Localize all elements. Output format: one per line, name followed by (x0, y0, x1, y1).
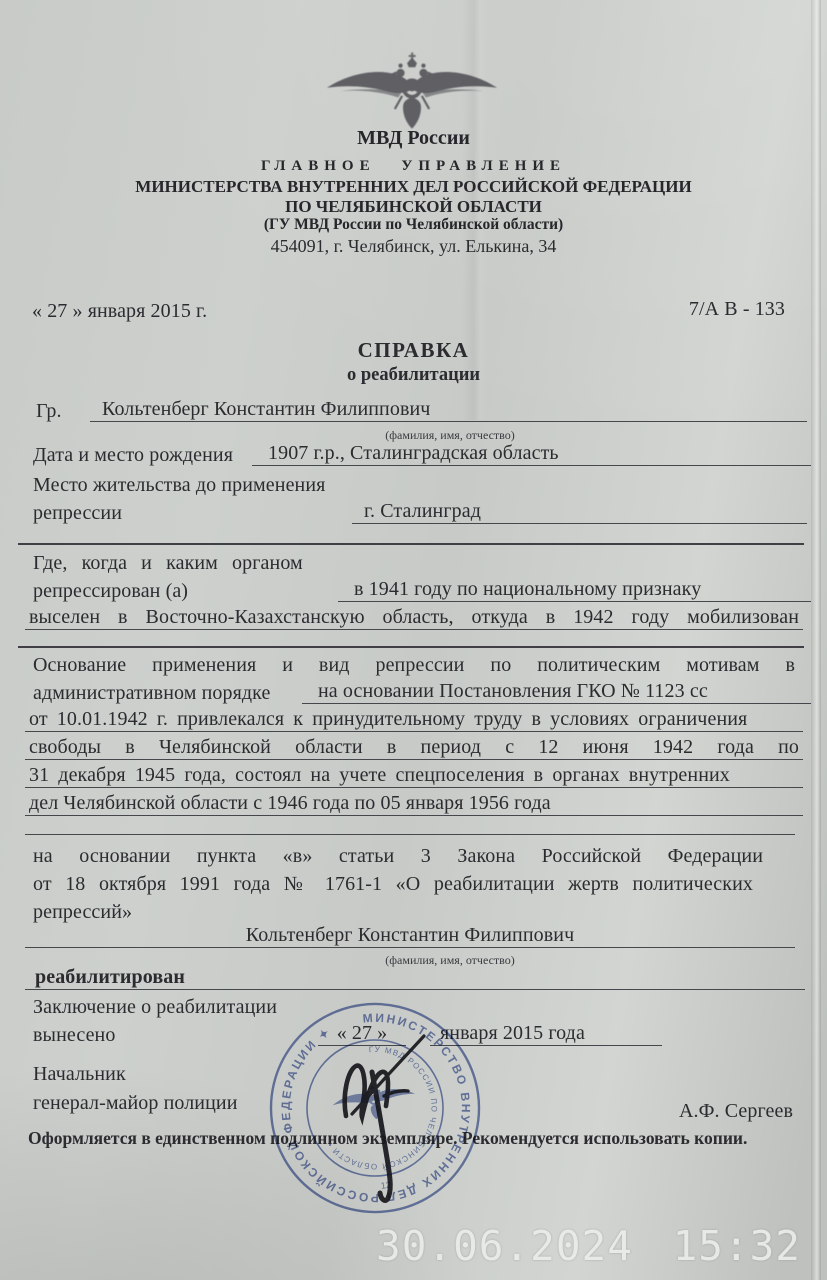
conclusion-label-line2: вынесено (33, 1024, 115, 1047)
camera-timestamp: 30.06.2024 15:32 (376, 1222, 801, 1270)
birth-label: Дата и место рождения (33, 444, 233, 467)
birth-value: 1907 г.р., Сталинградская область (252, 442, 811, 466)
org-line-region: ПО ЧЕЛЯБИНСКОЙ ОБЛАСТИ (0, 197, 827, 217)
stamp-number: 12 (380, 1180, 391, 1191)
rehabilitated-verdict: реабилитирован (25, 966, 805, 990)
law-line3: репрессий» (33, 901, 132, 924)
residence-label-line1: Место жительства до применения (33, 474, 325, 497)
document-number: 7/А В - 133 (689, 298, 785, 321)
stamp-eagle-icon (331, 1079, 418, 1125)
repression-value-line2: выселен в Восточно-Казахстанскую область… (25, 606, 803, 630)
repression-label-line2: репрессирован (а) (33, 580, 188, 603)
basis-label: административном порядке (33, 682, 270, 705)
document-subtitle: о реабилитации (0, 365, 827, 386)
org-short-name: МВД России (0, 127, 827, 150)
repression-value-line1: в 1941 году по национальному признаку (338, 578, 811, 602)
conclusion-label-line1: Заключение о реабилитации (33, 996, 277, 1019)
basis-value-line2: от 10.01.1942 г. привлекался к принудите… (25, 708, 803, 732)
law-line1: на основании пункта «в» статьи 3 Закона … (33, 845, 763, 868)
empty-ruled-line (25, 812, 795, 835)
gr-label: Гр. (36, 400, 62, 423)
section-divider (18, 646, 804, 648)
stamp-inner-text: ГУ МВД РОССИИ ПО ЧЕЛЯБИНСКОЙ ОБЛАСТИ • (312, 1037, 447, 1178)
basis-line1: Основание применения и вид репрессии по … (33, 654, 795, 677)
fio-hint: (фамилия, имя, отчество) (300, 428, 600, 443)
residence-label-line2: репрессии (33, 502, 122, 525)
document-photo: МВД России ГЛАВНОЕ УПРАВЛЕНИЕ МИНИСТЕРСТ… (0, 0, 827, 1280)
document-title: СПРАВКА (0, 338, 827, 363)
org-line-abbrev: (ГУ МВД России по Челябинской области) (0, 216, 827, 234)
issue-date: « 27 » января 2015 г. (32, 300, 207, 323)
law-line2: от 18 октября 1991 года № 1761-1 «О реаб… (33, 873, 753, 896)
signer-name: А.Ф. Сергеев (679, 1100, 793, 1123)
rehabilitated-name: Кольтенберг Константин Филиппович (25, 924, 795, 948)
signer-position-line1: Начальник (33, 1063, 126, 1086)
org-address: 454091, г. Челябинск, ул. Елькина, 34 (0, 236, 827, 257)
svg-text:ГУ МВД РОССИИ ПО ЧЕЛЯБИНСКОЙ О: ГУ МВД РОССИИ ПО ЧЕЛЯБИНСКОЙ ОБЛАСТИ • (312, 1037, 447, 1178)
org-line-main-directorate: ГЛАВНОЕ УПРАВЛЕНИЕ (0, 158, 827, 175)
signer-position-line2: генерал-майор полиции (33, 1092, 238, 1115)
basis-value-line3: свободы в Челябинской области в период с… (25, 736, 803, 760)
residence-value: г. Сталинград (352, 500, 807, 524)
repression-label-line1: Где, когда и каким органом (33, 552, 303, 575)
citizen-name-value: Кольтенберг Константин Филиппович (90, 398, 807, 422)
mvd-eagle-emblem-icon (322, 50, 502, 132)
section-divider (18, 543, 804, 545)
basis-value-line1: на основании Постановления ГКО № 1123 сс (302, 680, 811, 704)
basis-value-line4: 31 декабря 1945 года, состоял на учете с… (25, 764, 803, 788)
official-round-seal-icon: МИНИСТЕРСТВО ВНУТРЕННИХ ДЕЛ РОССИЙСКОЙ Ф… (247, 980, 502, 1235)
org-line-ministry: МИНИСТЕРСТВА ВНУТРЕННИХ ДЕЛ РОССИЙСКОЙ Ф… (0, 177, 827, 197)
